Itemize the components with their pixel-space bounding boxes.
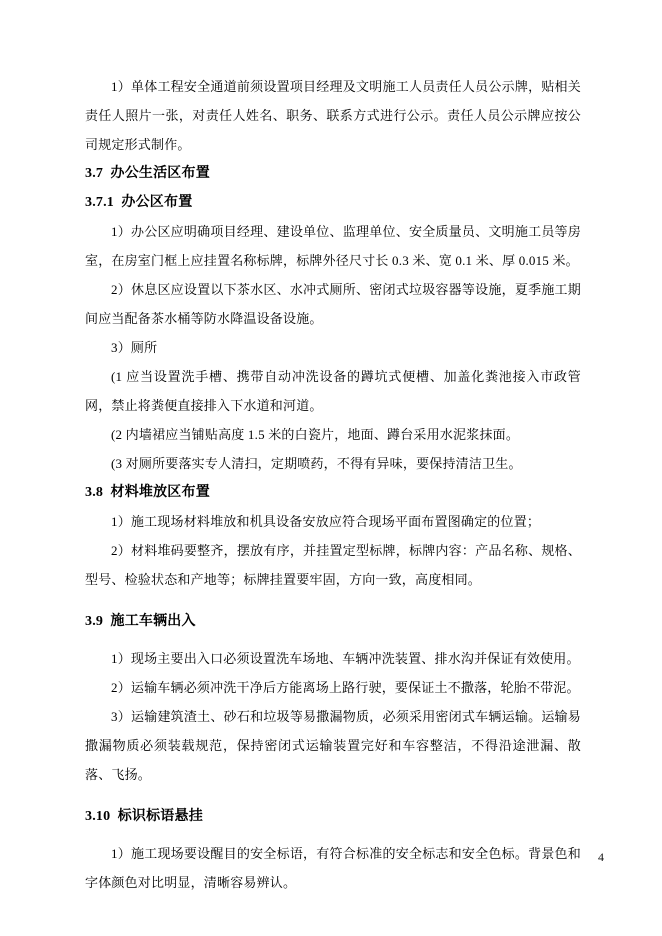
paragraph-office-area-item-2: 2）休息区应设置以下茶水区、水冲式厕所、密闭式垃圾容器等设施，夏季施工期间应当配… [85,275,581,333]
page-number: 4 [598,850,604,864]
paragraph-safety-passage-sign: 1）单体工程安全通道前须设置项目经理及文明施工人员责任人员公示牌，贴相关责任人照… [85,72,581,159]
paragraph-material-item-2: 2）材料堆码要整齐，摆放有序，并挂置定型标牌，标牌内容：产品名称、规格、型号、检… [85,536,581,594]
paragraph-office-area-item-3: 3）厕所 [85,333,581,362]
section-heading-3-9: 3.9 施工车辆出入 [85,607,581,636]
paragraph-material-item-1: 1）施工现场材料堆放和机具设备安放应符合现场平面布置图确定的位置； [85,507,581,536]
document-page: 1）单体工程安全通道前须设置项目经理及文明施工人员责任人员公示牌，贴相关责任人照… [0,0,662,936]
paragraph-toilet-sub-item-1: (1 应当设置洗手槽、携带自动冲洗设备的蹲坑式便槽、加盖化粪池接入市政管网，禁止… [85,362,581,420]
section-heading-3-8: 3.8 材料堆放区布置 [85,478,581,507]
document-content: 1）单体工程安全通道前须设置项目经理及文明施工人员责任人员公示牌，贴相关责任人照… [85,72,581,897]
section-heading-3-10: 3.10 标识标语悬挂 [85,802,581,831]
paragraph-vehicle-item-1: 1）现场主要出入口必须设置洗车场地、车辆冲洗装置、排水沟并保证有效使用。 [85,644,581,673]
paragraph-vehicle-item-3: 3）运输建筑渣土、砂石和垃圾等易撒漏物质，必须采用密闭式车辆运输。运输易撒漏物质… [85,702,581,789]
section-heading-3-7: 3.7 办公生活区布置 [85,159,581,188]
section-heading-3-7-1: 3.7.1 办公区布置 [85,188,581,217]
paragraph-toilet-sub-item-2: (2 内墙裙应当铺贴高度 1.5 米的白瓷片，地面、蹲台采用水泥浆抹面。 [85,420,581,449]
paragraph-office-area-item-1: 1）办公区应明确项目经理、建设单位、监理单位、安全质量员、文明施工员等房室，在房… [85,217,581,275]
paragraph-vehicle-item-2: 2）运输车辆必须冲洗干净后方能离场上路行驶，要保证土不撒落，轮胎不带泥。 [85,673,581,702]
paragraph-toilet-sub-item-3: (3 对厕所要落实专人清扫，定期喷药，不得有异味，要保持清洁卫生。 [85,449,581,478]
paragraph-signage-item-1: 1）施工现场要设醒目的安全标语，有符合标准的安全标志和安全色标。背景色和字体颜色… [85,839,581,897]
